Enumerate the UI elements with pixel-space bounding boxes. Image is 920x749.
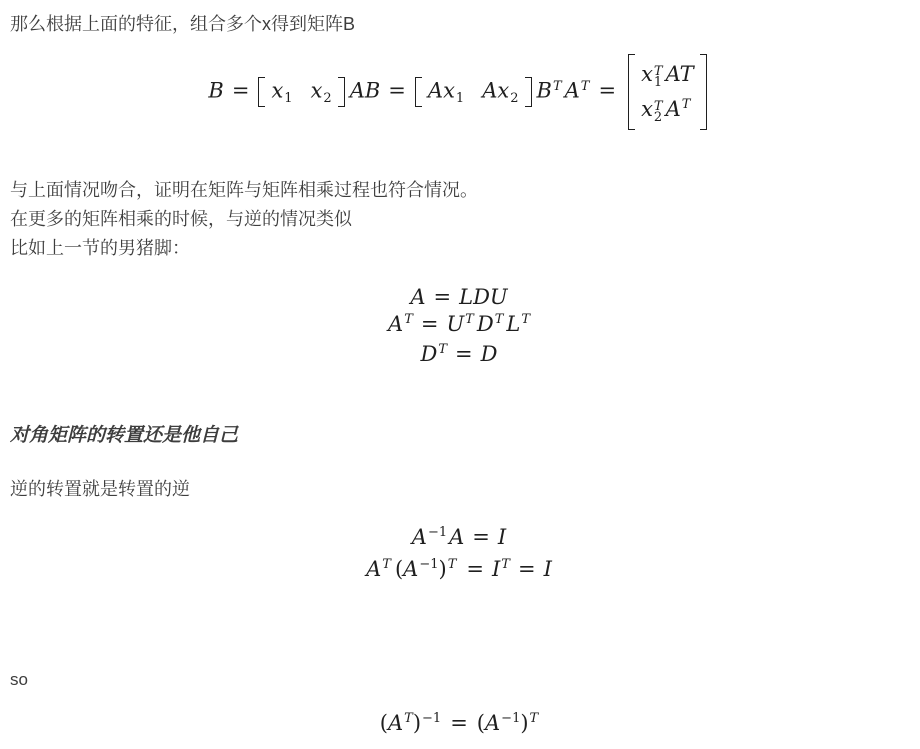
math-var: AT: [666, 62, 694, 86]
math-block-ldu: A=LDUAT=UTDTLTDT=D: [10, 284, 908, 371]
math-var: Ax: [482, 79, 509, 103]
math-superscript: T: [404, 711, 413, 726]
math-space: [490, 543, 498, 544]
math-line: DT=D: [10, 341, 908, 371]
math-var: x: [311, 79, 323, 103]
math-op: =: [421, 312, 439, 336]
bracket-r-icon: [338, 77, 345, 107]
math-op: =: [388, 79, 406, 103]
math-superscript: T: [682, 97, 691, 112]
math-line: (AT)−1=(A−1)T: [10, 709, 908, 741]
math-var: B: [208, 79, 223, 103]
math-supsub: T2: [654, 101, 663, 123]
math-space: [468, 729, 477, 730]
math-space: [519, 97, 524, 98]
math-var: U: [446, 312, 464, 336]
bracket-r-icon: [525, 77, 532, 107]
math-op: =: [455, 342, 473, 366]
math-superscript: T: [581, 79, 590, 94]
math-var: A: [388, 711, 403, 735]
math-var: A: [388, 312, 403, 336]
math-op: =: [518, 557, 536, 581]
math-subscript: 2: [510, 91, 518, 106]
math-op: =: [598, 79, 616, 103]
math-var: x: [641, 62, 653, 86]
math-space: [484, 575, 492, 576]
math-space: [451, 303, 459, 304]
math-block-inverse-identity: A−1A=IAT(A−1)T=IT=I: [10, 523, 908, 587]
matrix-row: xT2AT: [641, 92, 694, 127]
math-superscript: T: [521, 312, 530, 327]
bracket-r-icon: [700, 54, 707, 130]
math-var: x: [271, 79, 283, 103]
math-op: ): [520, 711, 528, 735]
math-var: A: [449, 525, 464, 549]
paragraph-body: 与上面情况吻合，证明在矩阵与矩阵相乘过程也符合情况。 在更多的矩阵相乘的时候，与…: [10, 176, 908, 263]
math-var: Ax: [428, 79, 455, 103]
math-line: B=x1x2AB=Ax1Ax2BTAT=xT1ATxT2AT: [10, 54, 908, 130]
math-op: ): [439, 557, 447, 581]
math-space: [426, 303, 434, 304]
math-superscript: −1: [501, 711, 520, 726]
heading-diagonal-transpose: 对角矩阵的转置还是他自己: [10, 423, 908, 449]
math-superscript: T: [448, 557, 457, 572]
math-space: [413, 330, 421, 331]
math-superscript: T: [382, 557, 391, 572]
math-op: =: [450, 711, 468, 735]
math-superscript: T: [553, 79, 562, 94]
math-var: A: [666, 97, 681, 121]
math-line: AT(A−1)T=IT=I: [10, 555, 908, 587]
math-space: [536, 575, 544, 576]
math-subscript: 1: [284, 91, 292, 106]
math-var: LDU: [459, 285, 507, 309]
math-var: A: [366, 557, 381, 581]
math-space: [473, 360, 481, 361]
math-superscript: T: [495, 312, 504, 327]
math-space: [293, 97, 311, 98]
math-var: AB: [350, 79, 381, 103]
math-subscript: 2: [323, 91, 331, 106]
math-var: D: [477, 312, 494, 336]
bracket-l-icon: [415, 77, 422, 107]
math-op: =: [232, 79, 250, 103]
bracket-l-icon: [628, 54, 635, 130]
bracket-l-icon: [258, 77, 265, 107]
math-superscript: T: [438, 342, 447, 357]
math-op: =: [434, 285, 452, 309]
text-line: 与上面情况吻合，证明在矩阵与矩阵相乘过程也符合情况。: [10, 176, 908, 205]
math-var: A: [485, 711, 500, 735]
math-op: =: [472, 525, 490, 549]
math-op: =: [466, 557, 484, 581]
math-op: (: [380, 711, 388, 735]
math-space: [456, 575, 466, 576]
math-superscript: −1: [419, 557, 438, 572]
math-var: D: [421, 342, 438, 366]
text-line: 在更多的矩阵相乘的时候，与逆的情况类似: [10, 205, 908, 234]
paragraph-intro: 那么根据上面的特征，组合多个x得到矩阵B: [10, 10, 908, 38]
text-line: 比如上一节的男猪脚：: [10, 234, 908, 263]
math-var: A: [403, 557, 418, 581]
math-space: [249, 97, 257, 98]
math-superscript: −1: [428, 525, 447, 540]
math-subscript: 2: [654, 112, 662, 123]
math-space: [332, 97, 337, 98]
math-space: [464, 97, 482, 98]
math-superscript: T: [501, 557, 510, 572]
math-var: I: [492, 557, 500, 581]
math-superscript: −1: [422, 711, 441, 726]
paragraph-inverse-transpose: 逆的转置就是转置的逆: [10, 475, 908, 503]
paragraph-so: so: [10, 667, 908, 693]
math-subscript: 1: [456, 91, 464, 106]
math-space: [616, 97, 625, 98]
math-var: B: [537, 79, 552, 103]
math-space: [224, 97, 232, 98]
math-var: A: [565, 79, 580, 103]
math-op: ): [413, 711, 421, 735]
math-superscript: T: [465, 312, 474, 327]
math-superscript: T: [530, 711, 539, 726]
math-subscript: 1: [654, 77, 662, 88]
matrix-row: xT1AT: [641, 57, 694, 92]
math-var: D: [481, 342, 498, 366]
matrix-body: xT1ATxT2AT: [636, 54, 699, 130]
math-space: [510, 575, 518, 576]
math-var: A: [412, 525, 427, 549]
matrix: xT1ATxT2AT: [627, 54, 708, 130]
math-line: A−1A=I: [10, 523, 908, 555]
math-op: (: [477, 711, 485, 735]
math-space: [447, 360, 455, 361]
math-superscript: T: [404, 312, 413, 327]
math-var: I: [544, 557, 552, 581]
math-op: (: [395, 557, 403, 581]
math-block-matrix-b: B=x1x2AB=Ax1Ax2BTAT=xT1ATxT2AT: [10, 54, 908, 130]
math-space: [406, 97, 414, 98]
math-var: A: [410, 285, 425, 309]
math-space: [441, 729, 450, 730]
math-block-final: (AT)−1=(A−1)T: [10, 709, 908, 741]
document: 那么根据上面的特征，组合多个x得到矩阵B B=x1x2AB=Ax1Ax2BTAT…: [0, 0, 920, 741]
math-supsub: T1: [654, 66, 663, 88]
math-line: A=LDU: [10, 284, 908, 311]
math-var: x: [641, 97, 653, 121]
math-var: L: [506, 312, 520, 336]
math-line: AT=UTDTLT: [10, 311, 908, 341]
math-var: I: [498, 525, 506, 549]
